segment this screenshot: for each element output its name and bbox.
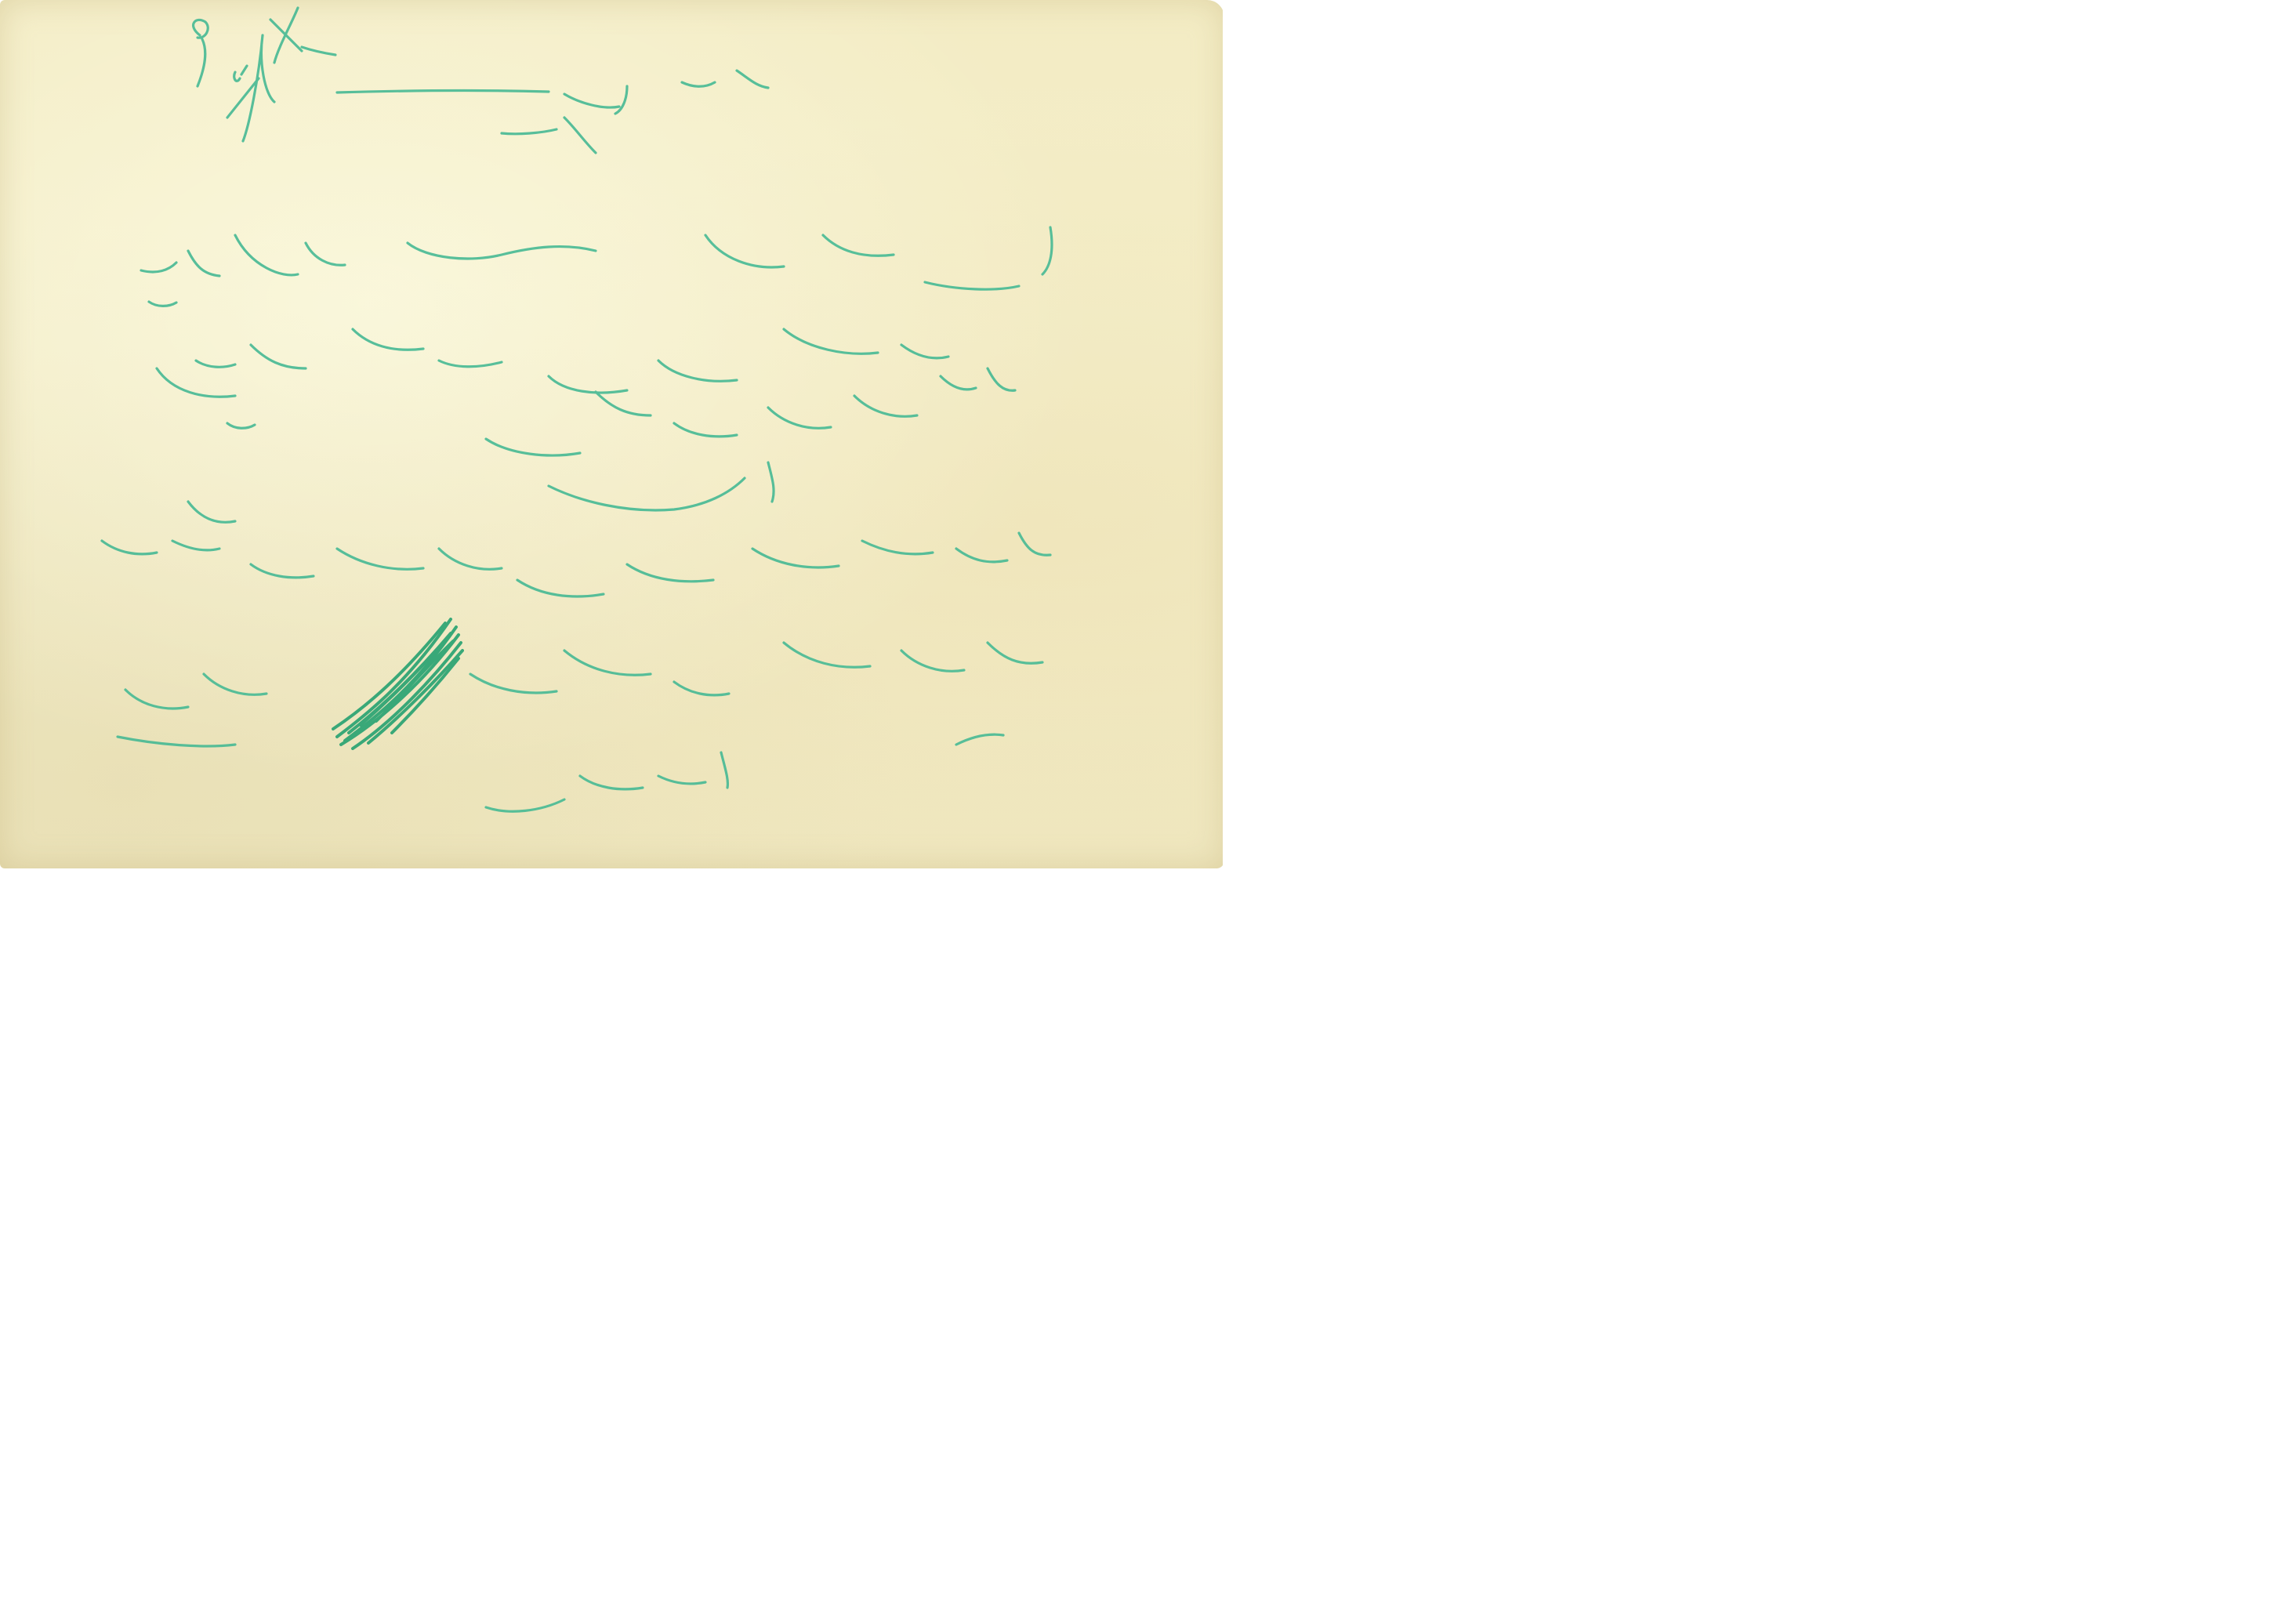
handwriting-strokes [0,0,1229,870]
scribble-mark [333,619,462,749]
